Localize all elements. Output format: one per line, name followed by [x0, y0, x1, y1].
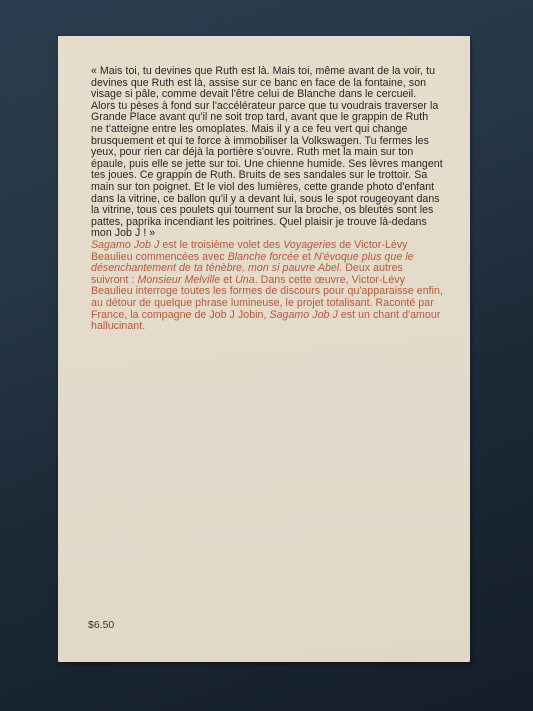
excerpt-quote: « Mais toi, tu devines que Ruth est là. …	[91, 66, 443, 240]
series-title: Voyageries	[283, 239, 336, 251]
related-title: Una	[235, 274, 255, 286]
book-description: Sagamo Job J est le troisième volet des …	[91, 240, 443, 333]
book-back-cover: « Mais toi, tu devines que Ruth est là. …	[58, 36, 470, 662]
price-label: $6.50	[88, 619, 114, 631]
book-title: Sagamo Job J	[269, 309, 337, 321]
book-title: Sagamo Job J	[91, 239, 159, 251]
related-title: Monsieur Melville	[137, 274, 220, 286]
related-title: Blanche forcée	[228, 251, 299, 263]
